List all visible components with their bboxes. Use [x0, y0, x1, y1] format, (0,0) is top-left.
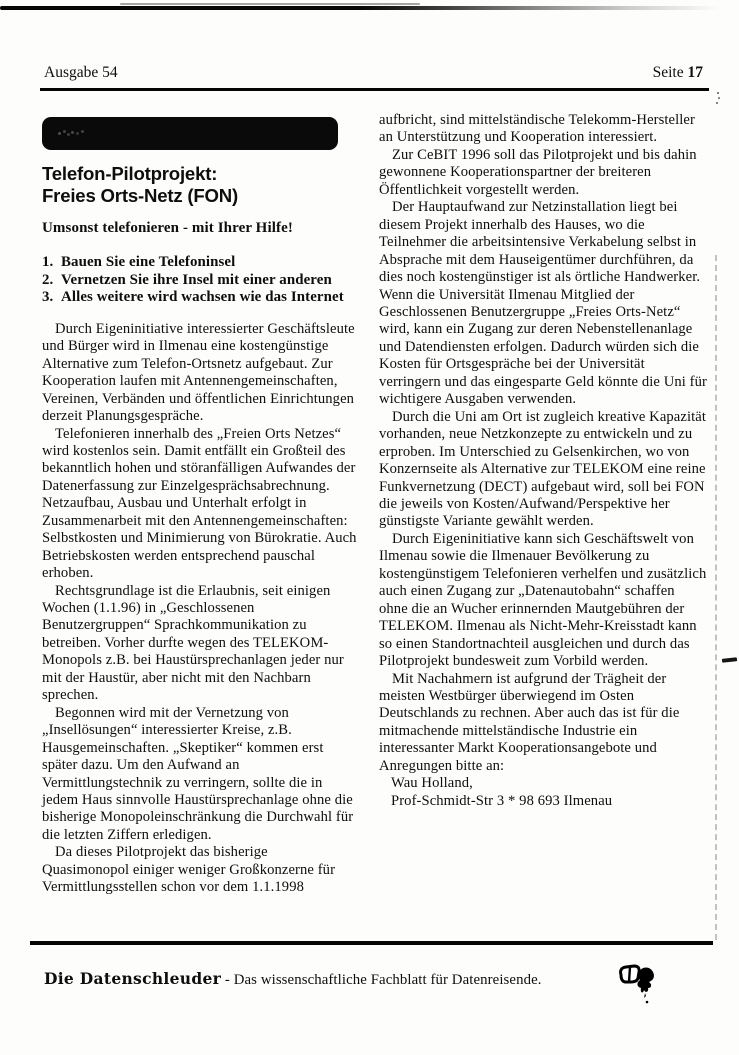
banner-smudge-marks: [58, 132, 61, 135]
contact-address: Prof-Schmidt-Str 3 * 98 693 Ilmenau: [379, 793, 707, 810]
paragraph: Durch die Uni am Ort ist zugleich kreati…: [379, 409, 707, 531]
step-number: 1.: [42, 254, 61, 272]
title-line-1: Telefon-Pilotprojekt:: [42, 163, 217, 184]
header-divider: [40, 88, 709, 91]
scan-artifact-edge-dashes: [715, 255, 717, 940]
scan-artifact-edge-mark: [722, 657, 737, 663]
page-number-label: Seite 17: [653, 64, 703, 82]
paragraph: Rechtsgrundlage ist die Erlaubnis, seit …: [42, 583, 358, 705]
step-text: Vernetzen Sie ihre Insel mit einer ander…: [61, 272, 358, 290]
paragraph: Der Hauptaufwand zur Netzinstallation li…: [379, 199, 707, 408]
issue-label: Ausgabe 54: [44, 64, 118, 82]
footer-brand: Die Datenschleuder: [44, 969, 221, 988]
paragraph: aufbricht, sind mittelständische Telekom…: [379, 112, 707, 147]
footer-divider: [30, 941, 713, 945]
article-title: Telefon-Pilotprojekt: Freies Orts-Netz (…: [42, 163, 358, 206]
paragraph: Durch Eigeninitiative interessierter Ges…: [42, 321, 358, 426]
page-number: 17: [688, 64, 704, 81]
step-number: 2.: [42, 272, 61, 290]
paragraph: Telefonieren innerhalb des „Freien Orts …: [42, 426, 358, 583]
footer-tagline: - Das wissenschaftliche Fachblatt für Da…: [221, 972, 541, 988]
scan-artifact-top-line: [0, 6, 720, 10]
paragraph: Durch Eigeninitiative kann sich Geschäft…: [379, 531, 707, 671]
left-column: Telefon-Pilotprojekt: Freies Orts-Netz (…: [42, 112, 358, 897]
title-line-2: Freies Orts-Netz (FON): [42, 185, 238, 206]
step-text: Bauen Sie eine Telefoninsel: [61, 254, 358, 272]
step-item: 2. Vernetzen Sie ihre Insel mit einer an…: [42, 272, 358, 290]
contact-name: Wau Holland,: [379, 775, 707, 792]
numbered-steps: 1. Bauen Sie eine Telefoninsel 2. Vernet…: [42, 254, 358, 307]
paragraph: Mit Nachahmern ist aufgrund der Trägheit…: [379, 671, 707, 776]
step-item: 1. Bauen Sie eine Telefoninsel: [42, 254, 358, 272]
datenschleuder-logo-icon: [616, 963, 664, 1009]
article-columns: Telefon-Pilotprojekt: Freies Orts-Netz (…: [42, 112, 707, 897]
black-banner: [42, 117, 338, 150]
scanned-newsletter-page: Ausgabe 54 Seite 17 Telefon-Pilotprojekt…: [0, 0, 739, 1055]
paragraph: Zur CeBIT 1996 soll das Pilotprojekt und…: [379, 147, 707, 199]
paragraph: Begonnen wird mit der Vernetzung von „In…: [42, 705, 358, 845]
step-number: 3.: [42, 289, 61, 307]
page-word: Seite: [653, 64, 688, 81]
footer: Die Datenschleuder - Das wissenschaftlic…: [44, 969, 542, 989]
paragraph: Da dieses Pilotprojekt das bisherige Qua…: [42, 844, 358, 896]
step-item: 3. Alles weitere wird wachsen wie das In…: [42, 289, 358, 307]
article-subtitle: Umsonst telefonieren - mit Ihrer Hilfe!: [42, 220, 358, 237]
page-header: Ausgabe 54 Seite 17: [44, 64, 703, 82]
right-column: aufbricht, sind mittelständische Telekom…: [379, 112, 707, 897]
step-text: Alles weitere wird wachsen wie das Inter…: [61, 289, 358, 307]
scan-artifact-speckles: [717, 92, 719, 94]
